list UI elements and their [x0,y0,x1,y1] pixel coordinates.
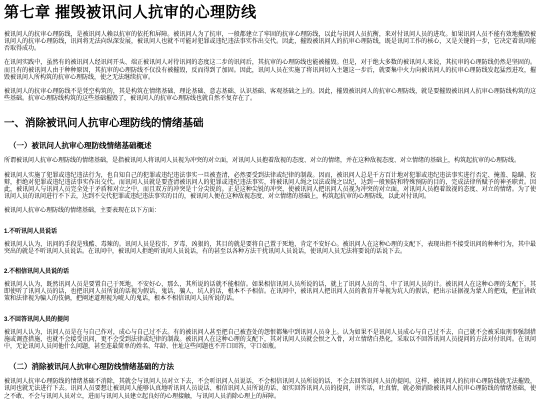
item-2-paragraph: 被讯问人认为，既然讯问人员是要置自己于死地，不安好心，那么，其所说的话就不能相信… [4,282,536,304]
item-2-heading: 2.不相信讯问人员说的话 [4,266,536,275]
subsection-1-1-heading: （一）被讯问人抗审心理防线情绪基础概述 [4,140,536,151]
subsection-1-2-paragraph-1: 被讯问人抗审心理防线的情绪基础不消除，其就会与讯问人员对立下去，不会听讯问人员说… [4,379,536,401]
item-1-paragraph: 被讯问人认为，讯问的手段是残酷、毒辣的。讯问人员是狡诈、歹毒、凶狠的，其目的就是… [4,242,536,256]
intro-paragraph-2: 在讯问实践中，虽然有的被讯问人经讯问开头、端正被讯问人对待讯问的态度这二步的讯问… [4,60,536,82]
subsection-1-1-paragraph-1: 所谓被讯问人抗审心理防线的情绪基础，是指被讯问人将讯问人员视为冲突的对立面，对讯… [4,158,536,165]
subsection-1-1-lead-sentence: 被讯问人抗审心理防线的情绪基础，主要表现在以下方面： [4,208,536,215]
intro-paragraph-1: 被讯问人的抗审心理防线，是被讯问人赖以抗审的依托和屏障。被讯问人为了抗审，一般都… [4,32,536,54]
subsection-1-2-heading: （二）消除被讯问人抗审心理防线情绪基础的方法 [4,361,536,372]
intro-paragraph-3: 被讯问人的抗审心理防线不是凭空构筑的，其是构筑在情绪基础、理论基础、意志基础、认… [4,89,536,103]
document-page: 第七章 摧毁被讯问人抗审的心理防线 被讯问人的抗审心理防线，是被讯问人赖以抗审的… [0,0,540,405]
item-3-heading: 3.不回答讯问人员的提问 [4,314,536,323]
subsection-1-1-paragraph-2: 被讯问人实施了犯罪或违纪违法行为，也自知自己的犯罪或违纪违法事实一旦被查清，必然… [4,173,536,202]
chapter-title: 第七章 摧毁被讯问人抗审的心理防线 [4,4,536,23]
item-1-heading: 1.不听讯问人员说话 [4,226,536,235]
section-1-heading: 一、消除被讯问人抗审心理防线的情绪基础 [4,115,536,130]
item-3-paragraph: 被讯问人认为，讯问人员是在与自己作对，成心与自己过不去。有的被讯问人甚至把自己被… [4,330,536,352]
